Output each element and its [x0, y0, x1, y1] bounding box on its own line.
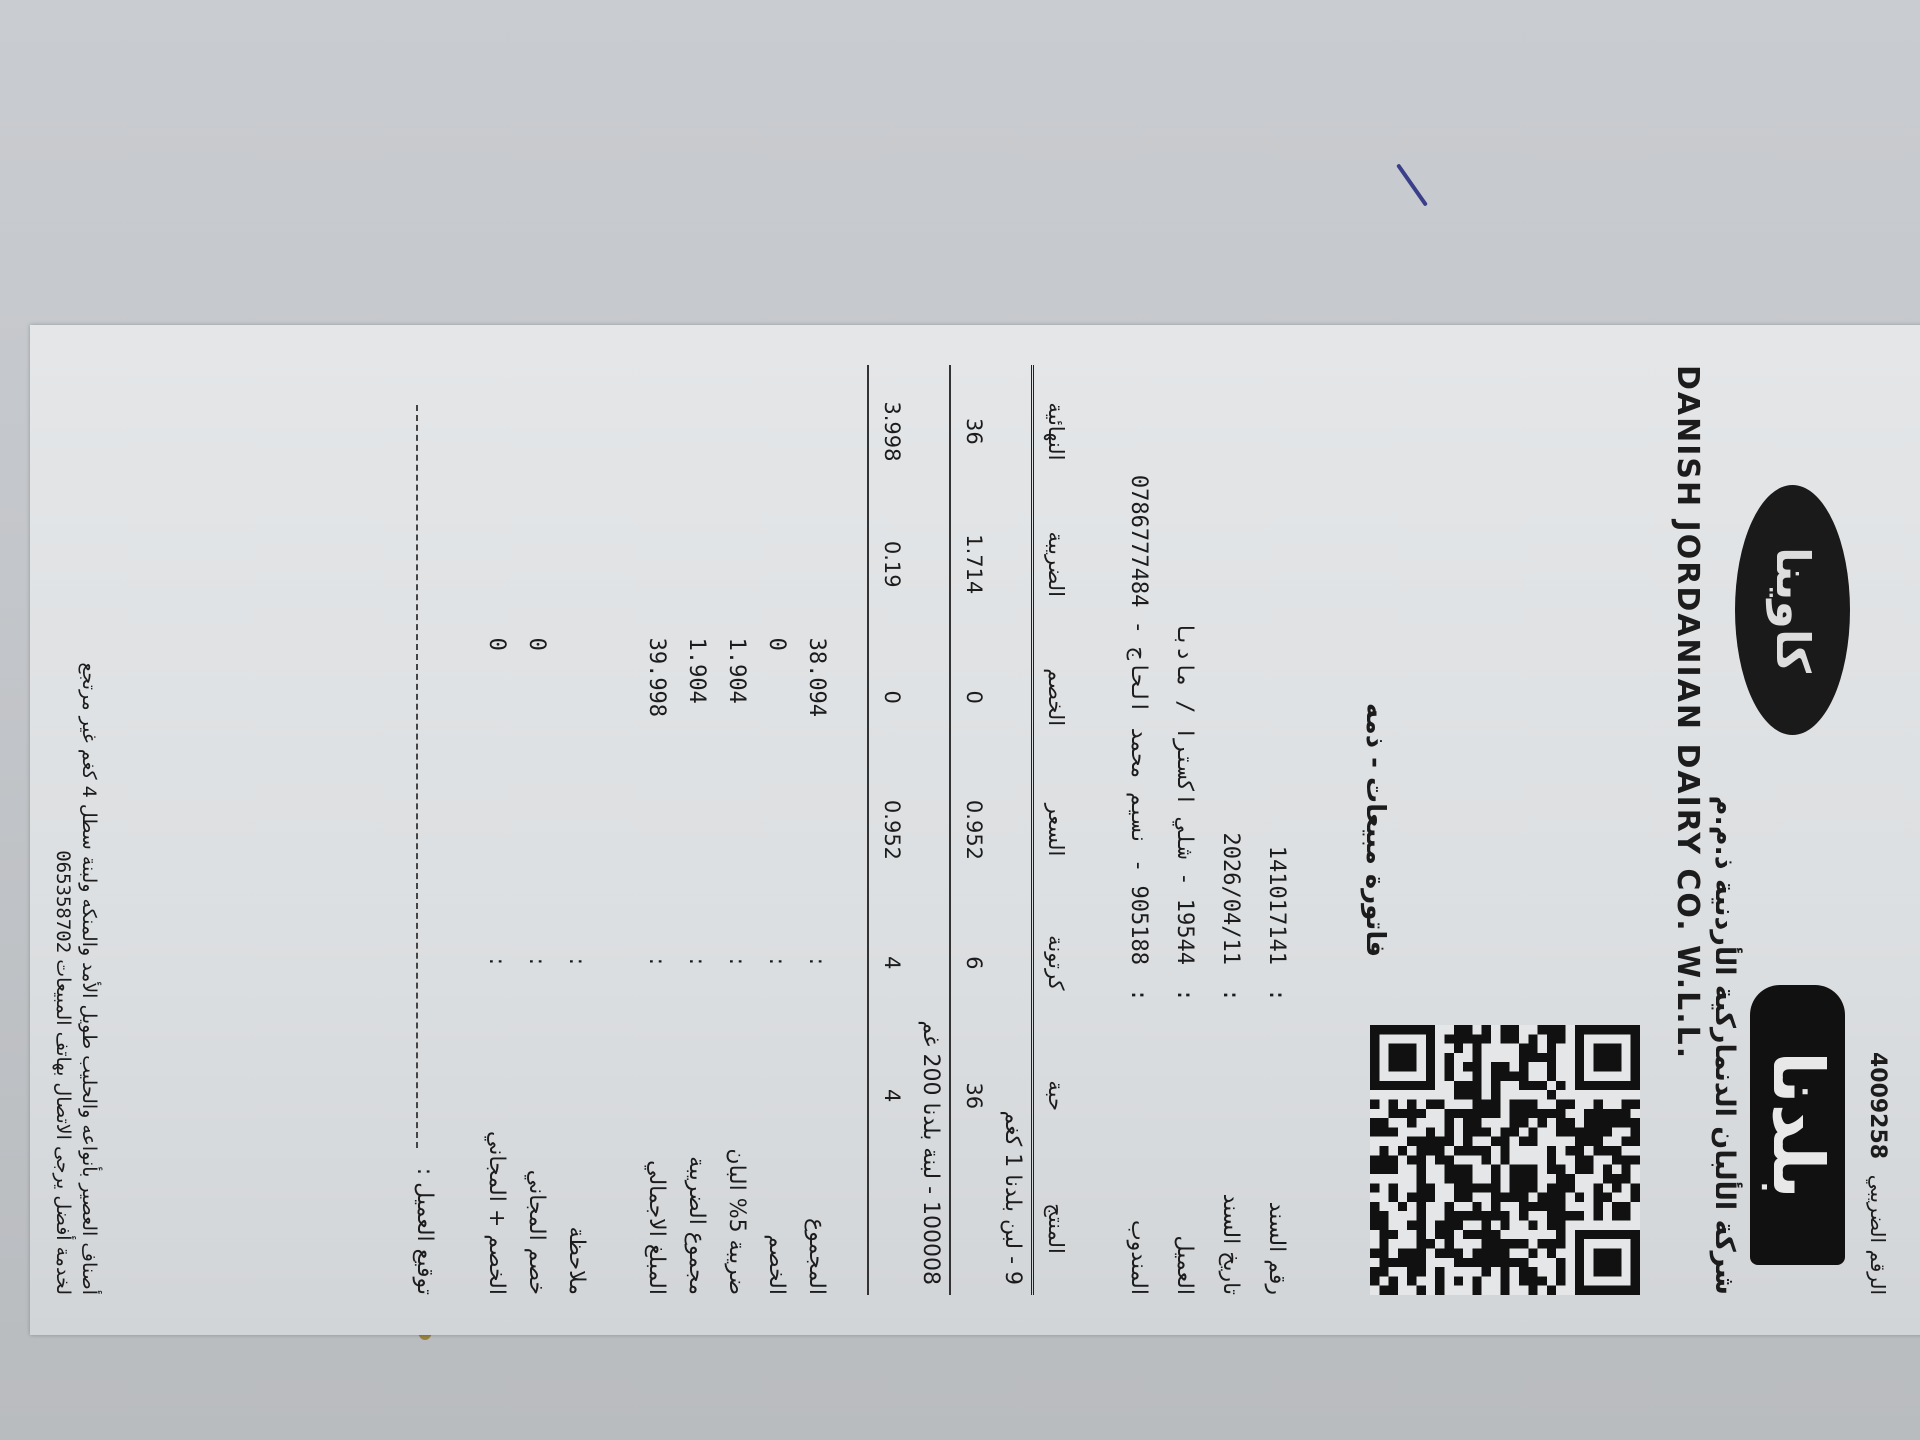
total-label: مجموع الضريبة: [685, 965, 710, 1295]
cell-pieces: 36: [962, 1029, 986, 1162]
field-sales-rep: المندوب : 905188 - نسيم محمد الحاج - 078…: [1116, 365, 1162, 1295]
discount-plus-free-row: الخصم + المجاني: 0: [477, 365, 517, 1295]
total-value: 1.904: [685, 438, 710, 958]
total-subtotal: المجموع: 38.094: [797, 365, 837, 1295]
qr-code-icon: [1370, 1025, 1640, 1295]
column-header: النهائية: [1044, 365, 1068, 498]
items-table-header: المنتج حبة كرتونة السعر الخصم الضريبة ال…: [1031, 365, 1078, 1295]
notes-label: ملاحظة: [565, 965, 590, 1295]
column-header: السعر: [1044, 764, 1068, 897]
footer-phone: 065358702: [52, 850, 74, 953]
item-name: 100008 - لبنة بلدنا 200 غم: [909, 365, 943, 1295]
cell-cartons: 4: [880, 896, 904, 1029]
signature-label: توقيع العميل: [412, 1182, 437, 1295]
free-discount-label: خصم المجاني: [525, 965, 550, 1295]
field-value: 905188 - نسيم محمد الحاج - 0786777484: [1127, 365, 1152, 965]
cell-tax: 0.19: [880, 498, 904, 631]
field-voucher-date: تاريخ السند : 2026/04/11: [1208, 365, 1254, 1295]
free-discount-value: 0: [525, 438, 550, 958]
tax-number-label: الرقم الضريبي: [1866, 1175, 1890, 1295]
total-value: 1.904: [725, 438, 750, 958]
qr-section: فاتورة مبيعات - ذمه: [1340, 365, 1640, 1295]
totals-section: المجموع: 38.094 الخصم: 0 ضريبة 5% البان:…: [637, 365, 837, 1295]
cell-cartons: 6: [962, 896, 986, 1029]
cell-final: 36: [962, 365, 986, 498]
column-header: الضريبة: [1044, 498, 1068, 631]
signature-line: [417, 405, 433, 1148]
field-label: تاريخ السند: [1219, 1025, 1244, 1295]
sales-receipt: الرقم الضريبي 4009258 بلدنا كاوينا شركة …: [30, 325, 1920, 1335]
free-discount-row: خصم المجاني: 0: [517, 365, 557, 1295]
cell-discount: 0: [880, 631, 904, 764]
company-name-arabic: شركة الألبان الدنماركية الأردنية ذ.م.م: [1709, 796, 1740, 1295]
total-label: المجموع: [805, 965, 830, 1295]
field-label: العميل: [1173, 1025, 1198, 1295]
document-title: فاتورة مبيعات - ذمه: [1360, 703, 1390, 957]
cell-price: 0.952: [962, 764, 986, 897]
cell-pieces: 4: [880, 1029, 904, 1162]
kaweena-logo: كاوينا: [1735, 485, 1850, 735]
table-row: 100008 - لبنة بلدنا 200 غم 4 4 0.952 0 0…: [867, 365, 949, 1295]
field-value: 19544 - شلي اكسترا / مادبا: [1173, 365, 1198, 965]
footer-return-policy: أصناف العصير بأنواعه والحليب طويل الأمد …: [76, 365, 102, 1295]
field-colon: :: [1127, 965, 1152, 1025]
field-label: رقم السند: [1265, 1025, 1290, 1295]
column-header: الخصم: [1044, 631, 1068, 764]
tax-number: الرقم الضريبي 4009258: [1865, 1052, 1890, 1295]
total-label: الخصم: [765, 965, 790, 1295]
discount-plus-free-label: الخصم + المجاني: [485, 965, 510, 1295]
company-name-english: DANISH JORDANIAN DAIRY CO. W.L.L.: [1670, 365, 1705, 1060]
baladna-logo: بلدنا: [1750, 985, 1845, 1265]
total-label: المبلغ الاجمالي: [645, 965, 670, 1295]
field-colon: :: [1173, 965, 1198, 1025]
total-grand: المبلغ الاجمالي: 39.998: [637, 365, 677, 1295]
column-header: المنتج: [1044, 1162, 1068, 1295]
total-label: ضريبة 5% البان: [725, 965, 750, 1295]
field-value: 2026/04/11: [1219, 365, 1244, 965]
cell-price: 0.952: [880, 764, 904, 897]
footer-contact-note: لخدمة أفضل يرجى الاتصال بهاتف المبيعات: [52, 959, 74, 1295]
field-label: المندوب: [1127, 1025, 1152, 1295]
notes-section: ملاحظة: خصم المجاني: 0 الخصم + المجاني: …: [477, 365, 597, 1295]
signature-section: توقيع العميل :: [412, 365, 437, 1295]
total-discount: الخصم: 0: [757, 365, 797, 1295]
cell-tax: 1.714: [962, 498, 986, 631]
note-row: ملاحظة:: [557, 365, 597, 1295]
table-row: 9 - لبن بلدنا 1 كغم 36 6 0.952 0 1.714 3…: [949, 365, 1031, 1295]
field-colon: :: [1265, 965, 1290, 1025]
item-name: 9 - لبن بلدنا 1 كغم: [991, 365, 1025, 1295]
total-dairy-tax: ضريبة 5% البان: 1.904: [717, 365, 757, 1295]
tax-number-value: 4009258: [1865, 1052, 1890, 1159]
cell-discount: 0: [962, 631, 986, 764]
cell-final: 3.998: [880, 365, 904, 498]
field-voucher-number: رقم السند : 141017141: [1254, 365, 1300, 1295]
discount-plus-free-value: 0: [485, 438, 510, 958]
total-value: 38.094: [805, 438, 830, 958]
field-colon: :: [1219, 965, 1244, 1025]
field-value: 141017141: [1265, 365, 1290, 965]
total-value: 0: [765, 438, 790, 958]
items-table: المنتج حبة كرتونة السعر الخصم الضريبة ال…: [867, 365, 1078, 1295]
document-fields: رقم السند : 141017141 تاريخ السند : 2026…: [1116, 365, 1300, 1295]
receipt-footer: أصناف العصير بأنواعه والحليب طويل الأمد …: [50, 365, 102, 1295]
field-customer: العميل : 19544 - شلي اكسترا / مادبا: [1162, 365, 1208, 1295]
total-tax-sum: مجموع الضريبة: 1.904: [677, 365, 717, 1295]
receipt-header: الرقم الضريبي 4009258 بلدنا كاوينا شركة …: [1690, 365, 1890, 1295]
column-header: حبة: [1044, 1029, 1068, 1162]
total-value: 39.998: [645, 438, 670, 958]
column-header: كرتونة: [1044, 896, 1068, 1029]
